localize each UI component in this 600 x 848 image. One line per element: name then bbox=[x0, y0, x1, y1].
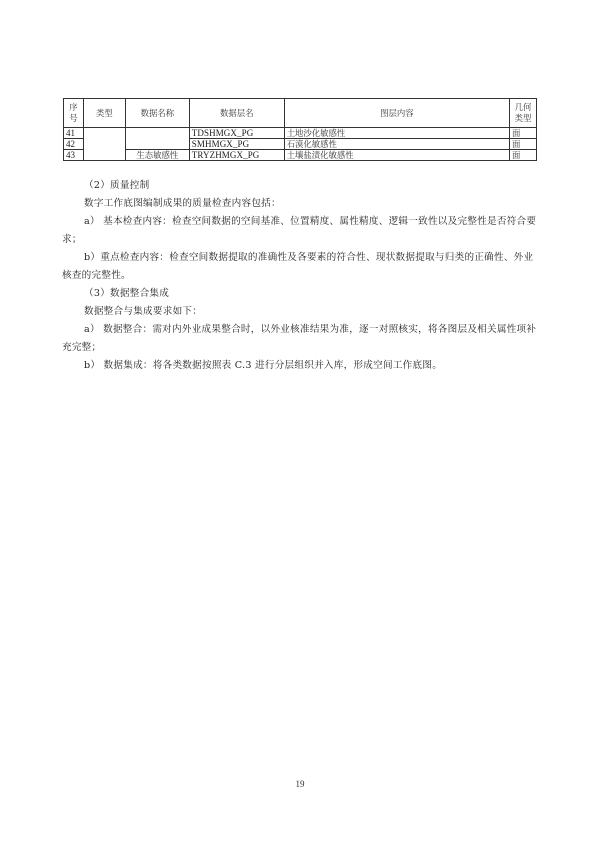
cell-geometry-type: 面 bbox=[510, 150, 537, 161]
quality-control-item-a: a） 基本检查内容：检查空间数据的空间基准、位置精度、属性精度、逻辑一致性以及完… bbox=[62, 213, 540, 249]
table-header-row: 序 号 类型 数据名称 数据层名 图层内容 几何 类型 bbox=[64, 99, 537, 128]
cell-data-name: 生态敏感性 bbox=[125, 150, 189, 161]
cell-serial-number: 43 bbox=[64, 150, 84, 161]
cell-layer-content: 土壤盐渍化敏感性 bbox=[284, 150, 509, 161]
document-page: 序 号 类型 数据名称 数据层名 图层内容 几何 类型 41 TDSHMGX_P… bbox=[0, 0, 600, 848]
header-type: 类型 bbox=[83, 99, 125, 128]
header-serial-line1: 序 bbox=[66, 102, 81, 113]
cell-layer-content: 土地沙化敏感性 bbox=[284, 128, 509, 139]
table-row: 41 TDSHMGX_PG 土地沙化敏感性 面 bbox=[64, 128, 537, 139]
page-number: 19 bbox=[0, 779, 600, 789]
header-serial-line2: 号 bbox=[66, 113, 81, 124]
cell-serial-number: 42 bbox=[64, 139, 84, 150]
section-heading-quality-control: （2）质量控制 bbox=[62, 177, 540, 195]
data-integration-intro: 数据整合与集成要求如下： bbox=[62, 303, 540, 321]
data-integration-item-a: a） 数据整合：需对内外业成果整合时，以外业核准结果为准，逐一对照核实，将各图层… bbox=[62, 321, 540, 357]
header-geometry-line1: 几何 bbox=[512, 102, 534, 113]
cell-serial-number: 41 bbox=[64, 128, 84, 139]
header-geometry-line2: 类型 bbox=[512, 113, 534, 124]
cell-type bbox=[83, 128, 125, 161]
cell-geometry-type: 面 bbox=[510, 128, 537, 139]
section-heading-data-integration: （3）数据整合集成 bbox=[62, 285, 540, 303]
table-row: 43 生态敏感性 TRYZHMGX_PG 土壤盐渍化敏感性 面 bbox=[64, 150, 537, 161]
cell-geometry-type: 面 bbox=[510, 139, 537, 150]
header-layer-content: 图层内容 bbox=[284, 99, 509, 128]
quality-control-intro: 数字工作底图编制成果的质量检查内容包括： bbox=[62, 195, 540, 213]
cell-layer-name: TRYZHMGX_PG bbox=[189, 150, 284, 161]
cell-data-name bbox=[125, 128, 189, 150]
header-layer-name: 数据层名 bbox=[189, 99, 284, 128]
cell-layer-content: 石漠化敏感性 bbox=[284, 139, 509, 150]
data-layer-table: 序 号 类型 数据名称 数据层名 图层内容 几何 类型 41 TDSHMGX_P… bbox=[63, 98, 537, 161]
header-geometry-type: 几何 类型 bbox=[510, 99, 537, 128]
cell-layer-name: TDSHMGX_PG bbox=[189, 128, 284, 139]
header-serial-number: 序 号 bbox=[64, 99, 84, 128]
data-integration-item-b: b） 数据集成：将各类数据按照表 C.3 进行分层组织并入库，形成空间工作底图。 bbox=[62, 357, 540, 375]
cell-layer-name: SMHMGX_PG bbox=[189, 139, 284, 150]
quality-control-item-b: b）重点检查内容：检查空间数据提取的准确性及各要素的符合性、现状数据提取与归类的… bbox=[62, 249, 540, 285]
header-data-name: 数据名称 bbox=[125, 99, 189, 128]
